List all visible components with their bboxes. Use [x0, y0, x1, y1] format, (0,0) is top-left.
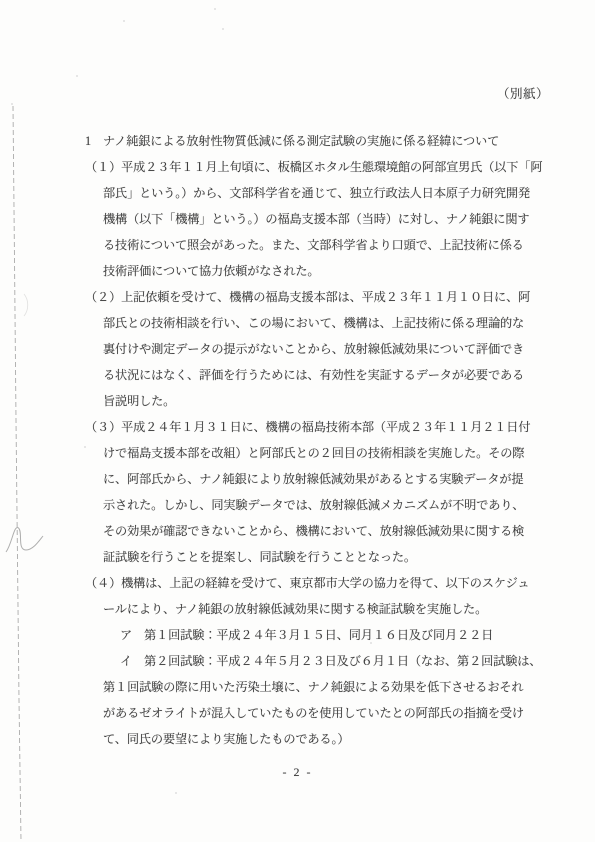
- document-line: 示された。しかし、同実験データでは、放射線低減メカニズムが不明であり、: [85, 492, 545, 518]
- document-line: て、同氏の要望により実施したものである。）: [85, 726, 545, 752]
- document-line: （１）平成２３年１１月上旬頃に、板橋区ホタル生態環境館の阿部宣男氏（以下「阿: [85, 154, 545, 180]
- document-line-item-a: ア 第１回試験：平成２４年３月１５日、同月１６日及び同月２２日: [85, 622, 545, 648]
- document-line: 技術評価について協力依頼がなされた。: [85, 258, 545, 284]
- document-line: る技術について照会があった。また、文部科学省より口頭で、上記技術に係る: [85, 232, 545, 258]
- document-line: る状況にはなく、評価を行うためには、有効性を実証するデータが必要である: [85, 362, 545, 388]
- document-line: 機構（以下「機構」という。）の福島支援本部（当時）に対し、ナノ純銀に関す: [85, 206, 545, 232]
- page-number: - 2 -: [0, 765, 595, 780]
- paragraph-3: （３）平成２４年１月３１日に、機構の福島技術本部（平成２３年１１月２１日付 けで…: [85, 414, 545, 570]
- document-line: 証試験を行うことを提案し、同試験を行うこととなった。: [85, 544, 545, 570]
- scan-speck: [214, 8, 216, 10]
- document-line-item-i: イ 第２回試験：平成２４年５月２３日及び６月１日（なお、第２回試験は、: [85, 648, 545, 674]
- document-heading: 1 ナノ純銀による放射性物質低減に係る測定試験の実施に係る経緯について: [85, 128, 545, 154]
- paragraph-2: （２）上記依頼を受けて、機構の福島支援本部は、平成２３年１１月１０日に、阿 部氏…: [85, 284, 545, 414]
- document-line: （２）上記依頼を受けて、機構の福島支援本部は、平成２３年１１月１０日に、阿: [85, 284, 545, 310]
- document-line: （４）機構は、上記の経緯を受けて、東京都市大学の協力を得て、以下のスケジュ: [85, 570, 545, 596]
- document-line: その効果が確認できないことから、機構において、放射線低減効果に関する検: [85, 518, 545, 544]
- document-line: けで福島支援本部を改組）と阿部氏との２回目の技術相談を実施した。その際: [85, 440, 545, 466]
- document-body: 1 ナノ純銀による放射性物質低減に係る測定試験の実施に係る経緯について （１）平…: [85, 128, 545, 752]
- document-line: 旨説明した。: [85, 388, 545, 414]
- document-line: 部氏」という。）から、文部科学省を通じて、独立行政法人日本原子力研究開発: [85, 180, 545, 206]
- document-line: があるゼオライトが混入していたものを使用していたとの阿部氏の指摘を受け: [85, 700, 545, 726]
- paragraph-4: （４）機構は、上記の経緯を受けて、東京都市大学の協力を得て、以下のスケジュ ール…: [85, 570, 545, 752]
- document-line: 部氏との技術相談を行い、この場において、機構は、上記技術に係る理論的な: [85, 310, 545, 336]
- scan-speck: [175, 792, 177, 794]
- document-line: （３）平成２４年１月３１日に、機構の福島技術本部（平成２３年１１月２１日付: [85, 414, 545, 440]
- paragraph-1: （１）平成２３年１１月上旬頃に、板橋区ホタル生態環境館の阿部宣男氏（以下「阿 部…: [85, 154, 545, 284]
- document-line: 第１回試験の際に用いた汚染土壌に、ナノ純銀による効果を低下させるおそれ: [85, 674, 545, 700]
- scan-binding-line-artifact: [13, 106, 21, 841]
- document-line: ールにより、ナノ純銀の放射線低減効果に関する検証試験を実施した。: [85, 596, 545, 622]
- document-line: に、阿部氏から、ナノ純銀により放射線低減効果があるとする実験データが提: [85, 466, 545, 492]
- document-line: 裏付けや測定データの提示がないことから、放射線低減効果について評価でき: [85, 336, 545, 362]
- scan-speck: [123, 20, 125, 22]
- scan-squiggle-artifact: [6, 527, 43, 552]
- scan-faint-curve-artifact: [24, 294, 28, 316]
- side-label: （別紙）: [497, 84, 549, 102]
- document-page: （別紙） 1 ナノ純銀による放射性物質低減に係る測定試験の実施に係る経緯について…: [0, 0, 595, 842]
- scan-speck: [222, 28, 224, 30]
- scan-speck: [11, 103, 13, 105]
- scan-speck: [76, 75, 78, 77]
